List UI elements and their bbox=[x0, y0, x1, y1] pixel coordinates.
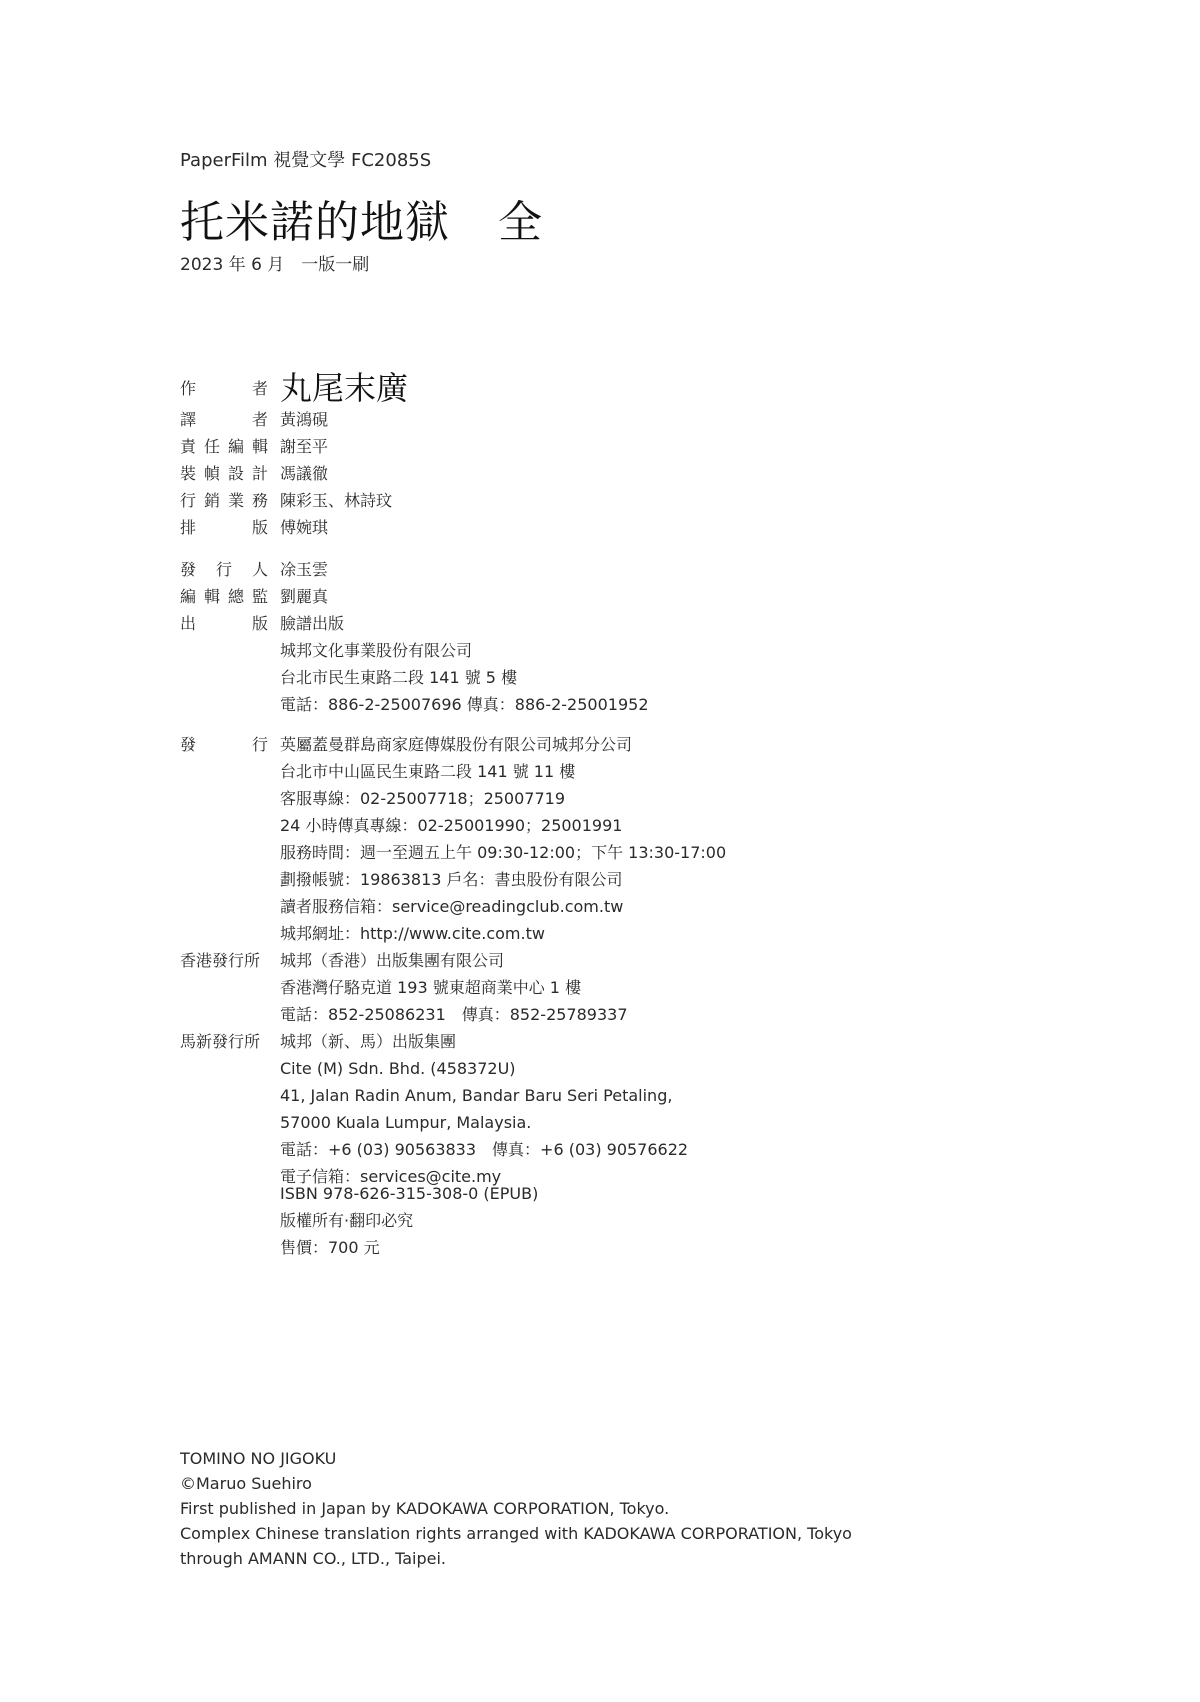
distribution-row: 客服專線：02-25007718；25007719 bbox=[180, 785, 726, 812]
label-spacer bbox=[180, 893, 268, 920]
distribution-row: 電話：852-25086231 傳真：852-25789337 bbox=[180, 1001, 726, 1028]
staff-row: 譯者黃鴻硯 bbox=[180, 406, 392, 433]
distribution-row: Cite (M) Sdn. Bhd. (458372U) bbox=[180, 1055, 726, 1082]
label-spacer bbox=[180, 1082, 268, 1109]
english-credits: TOMINO NO JIGOKU©Maruo SuehiroFirst publ… bbox=[180, 1446, 852, 1571]
publisher-row: 台北市民生東路二段 141 號 5 樓 bbox=[180, 664, 649, 691]
distribution-value: 城邦網址：http://www.cite.com.tw bbox=[280, 920, 545, 947]
staff-value: 黃鴻硯 bbox=[280, 406, 328, 433]
distribution-row: 讀者服務信箱：service@readingclub.com.tw bbox=[180, 893, 726, 920]
distribution-row: 劃撥帳號：19863813 戶名：書虫股份有限公司 bbox=[180, 866, 726, 893]
distribution-value: 41, Jalan Radin Anum, Bandar Baru Seri P… bbox=[280, 1082, 672, 1109]
distribution-row: 發行英屬蓋曼群島商家庭傳媒股份有限公司城邦分公司 bbox=[180, 731, 726, 758]
distribution-block: 發行英屬蓋曼群島商家庭傳媒股份有限公司城邦分公司台北市中山區民生東路二段 141… bbox=[180, 731, 726, 1190]
publisher-value: 凃玉雲 bbox=[280, 556, 328, 583]
series-line: PaperFilm 視覺文學 FC2085S bbox=[180, 146, 431, 172]
label-spacer bbox=[180, 637, 268, 664]
edition-line: 2023 年 6 月 一版一刷 bbox=[180, 250, 369, 275]
label-spacer bbox=[180, 1234, 268, 1261]
publisher-row: 出版臉譜出版 bbox=[180, 610, 649, 637]
staff-value: 傅婉琪 bbox=[280, 514, 328, 541]
distribution-value: 英屬蓋曼群島商家庭傳媒股份有限公司城邦分公司 bbox=[280, 731, 632, 758]
label-spacer bbox=[180, 1055, 268, 1082]
credit-line: TOMINO NO JIGOKU bbox=[180, 1446, 852, 1471]
label-spacer bbox=[180, 839, 268, 866]
distribution-value: 劃撥帳號：19863813 戶名：書虫股份有限公司 bbox=[280, 866, 623, 893]
distribution-value: 客服專線：02-25007718；25007719 bbox=[280, 785, 565, 812]
publisher-value: 電話：886-2-25007696 傳真：886-2-25001952 bbox=[280, 691, 649, 718]
staff-row: 責任編輯謝至平 bbox=[180, 433, 392, 460]
credit-line: First published in Japan by KADOKAWA COR… bbox=[180, 1496, 852, 1521]
isbn-block: ISBN 978-626-315-308-0 (EPUB)版權所有·翻印必究售價… bbox=[180, 1180, 538, 1261]
label-spacer bbox=[180, 1136, 268, 1163]
distribution-row: 城邦網址：http://www.cite.com.tw bbox=[180, 920, 726, 947]
publisher-label: 發行人 bbox=[180, 556, 268, 583]
distribution-value: 讀者服務信箱：service@readingclub.com.tw bbox=[280, 893, 623, 920]
staff-value: 謝至平 bbox=[280, 433, 328, 460]
publisher-block: 發行人凃玉雲編輯總監劉麗真出版臉譜出版城邦文化事業股份有限公司台北市民生東路二段… bbox=[180, 556, 649, 718]
isbn-value: ISBN 978-626-315-308-0 (EPUB) bbox=[280, 1180, 538, 1207]
distribution-value: 電話：852-25086231 傳真：852-25789337 bbox=[280, 1001, 628, 1028]
staff-label: 譯者 bbox=[180, 406, 268, 433]
distribution-row: 台北市中山區民生東路二段 141 號 11 樓 bbox=[180, 758, 726, 785]
credit-line: ©Maruo Suehiro bbox=[180, 1471, 852, 1496]
isbn-row: ISBN 978-626-315-308-0 (EPUB) bbox=[180, 1180, 538, 1207]
staff-row: 裝幀設計馮議徹 bbox=[180, 460, 392, 487]
staff-block: 譯者黃鴻硯責任編輯謝至平裝幀設計馮議徹行銷業務陳彩玉、林詩玟排版傅婉琪 bbox=[180, 406, 392, 541]
staff-value: 陳彩玉、林詩玟 bbox=[280, 487, 392, 514]
staff-row: 排版傅婉琪 bbox=[180, 514, 392, 541]
distribution-row: 馬新發行所城邦（新、馬）出版集團 bbox=[180, 1028, 726, 1055]
label-spacer bbox=[180, 691, 268, 718]
publisher-row: 發行人凃玉雲 bbox=[180, 556, 649, 583]
distribution-label: 香港發行所 bbox=[180, 947, 268, 974]
label-spacer bbox=[180, 920, 268, 947]
distribution-value: 香港灣仔駱克道 193 號東超商業中心 1 樓 bbox=[280, 974, 581, 1001]
book-title-text: 托米諾的地獄 bbox=[180, 197, 450, 248]
isbn-value: 售價：700 元 bbox=[280, 1234, 380, 1261]
distribution-row: 24 小時傳真專線：02-25001990；25001991 bbox=[180, 812, 726, 839]
isbn-row: 版權所有·翻印必究 bbox=[180, 1207, 538, 1234]
publisher-label: 出版 bbox=[180, 610, 268, 637]
label-spacer bbox=[180, 758, 268, 785]
distribution-value: 24 小時傳真專線：02-25001990；25001991 bbox=[280, 812, 622, 839]
publisher-row: 電話：886-2-25007696 傳真：886-2-25001952 bbox=[180, 691, 649, 718]
label-spacer bbox=[180, 1109, 268, 1136]
label-spacer bbox=[180, 974, 268, 1001]
distribution-value: 57000 Kuala Lumpur, Malaysia. bbox=[280, 1109, 531, 1136]
label-spacer bbox=[180, 1207, 268, 1234]
distribution-value: Cite (M) Sdn. Bhd. (458372U) bbox=[280, 1055, 516, 1082]
distribution-row: 電話：+6 (03) 90563833 傳真：+6 (03) 90576622 bbox=[180, 1136, 726, 1163]
distribution-row: 41, Jalan Radin Anum, Bandar Baru Seri P… bbox=[180, 1082, 726, 1109]
staff-row: 行銷業務陳彩玉、林詩玟 bbox=[180, 487, 392, 514]
author-row: 作 者 丸尾末廣 bbox=[180, 368, 408, 408]
staff-label: 行銷業務 bbox=[180, 487, 268, 514]
isbn-value: 版權所有·翻印必究 bbox=[280, 1207, 413, 1234]
credit-line: Complex Chinese translation rights arran… bbox=[180, 1521, 852, 1546]
publisher-label: 編輯總監 bbox=[180, 583, 268, 610]
distribution-label: 發行 bbox=[180, 731, 268, 758]
label-spacer bbox=[180, 664, 268, 691]
author-label: 作 者 bbox=[180, 375, 268, 402]
staff-label: 責任編輯 bbox=[180, 433, 268, 460]
publisher-value: 臉譜出版 bbox=[280, 610, 344, 637]
distribution-row: 57000 Kuala Lumpur, Malaysia. bbox=[180, 1109, 726, 1136]
distribution-row: 服務時間：週一至週五上午 09:30-12:00；下午 13:30-17:00 bbox=[180, 839, 726, 866]
author-name: 丸尾末廣 bbox=[280, 368, 408, 408]
distribution-label: 馬新發行所 bbox=[180, 1028, 268, 1055]
book-title: 托米諾的地獄全 bbox=[180, 186, 543, 250]
staff-value: 馮議徹 bbox=[280, 460, 328, 487]
distribution-value: 台北市中山區民生東路二段 141 號 11 樓 bbox=[280, 758, 575, 785]
distribution-value: 電話：+6 (03) 90563833 傳真：+6 (03) 90576622 bbox=[280, 1136, 688, 1163]
distribution-value: 城邦（新、馬）出版集團 bbox=[280, 1028, 456, 1055]
staff-label: 排版 bbox=[180, 514, 268, 541]
label-spacer bbox=[180, 1001, 268, 1028]
distribution-row: 香港發行所城邦（香港）出版集團有限公司 bbox=[180, 947, 726, 974]
distribution-row: 香港灣仔駱克道 193 號東超商業中心 1 樓 bbox=[180, 974, 726, 1001]
distribution-value: 城邦（香港）出版集團有限公司 bbox=[280, 947, 504, 974]
publisher-row: 城邦文化事業股份有限公司 bbox=[180, 637, 649, 664]
publisher-value: 劉麗真 bbox=[280, 583, 328, 610]
label-spacer bbox=[180, 1180, 268, 1207]
credit-line: through AMANN CO., LTD., Taipei. bbox=[180, 1546, 852, 1571]
publisher-value: 城邦文化事業股份有限公司 bbox=[280, 637, 472, 664]
isbn-row: 售價：700 元 bbox=[180, 1234, 538, 1261]
volume-label: 全 bbox=[498, 197, 543, 248]
label-spacer bbox=[180, 866, 268, 893]
staff-label: 裝幀設計 bbox=[180, 460, 268, 487]
label-spacer bbox=[180, 785, 268, 812]
label-spacer bbox=[180, 812, 268, 839]
publisher-row: 編輯總監劉麗真 bbox=[180, 583, 649, 610]
distribution-value: 服務時間：週一至週五上午 09:30-12:00；下午 13:30-17:00 bbox=[280, 839, 726, 866]
publisher-value: 台北市民生東路二段 141 號 5 樓 bbox=[280, 664, 517, 691]
